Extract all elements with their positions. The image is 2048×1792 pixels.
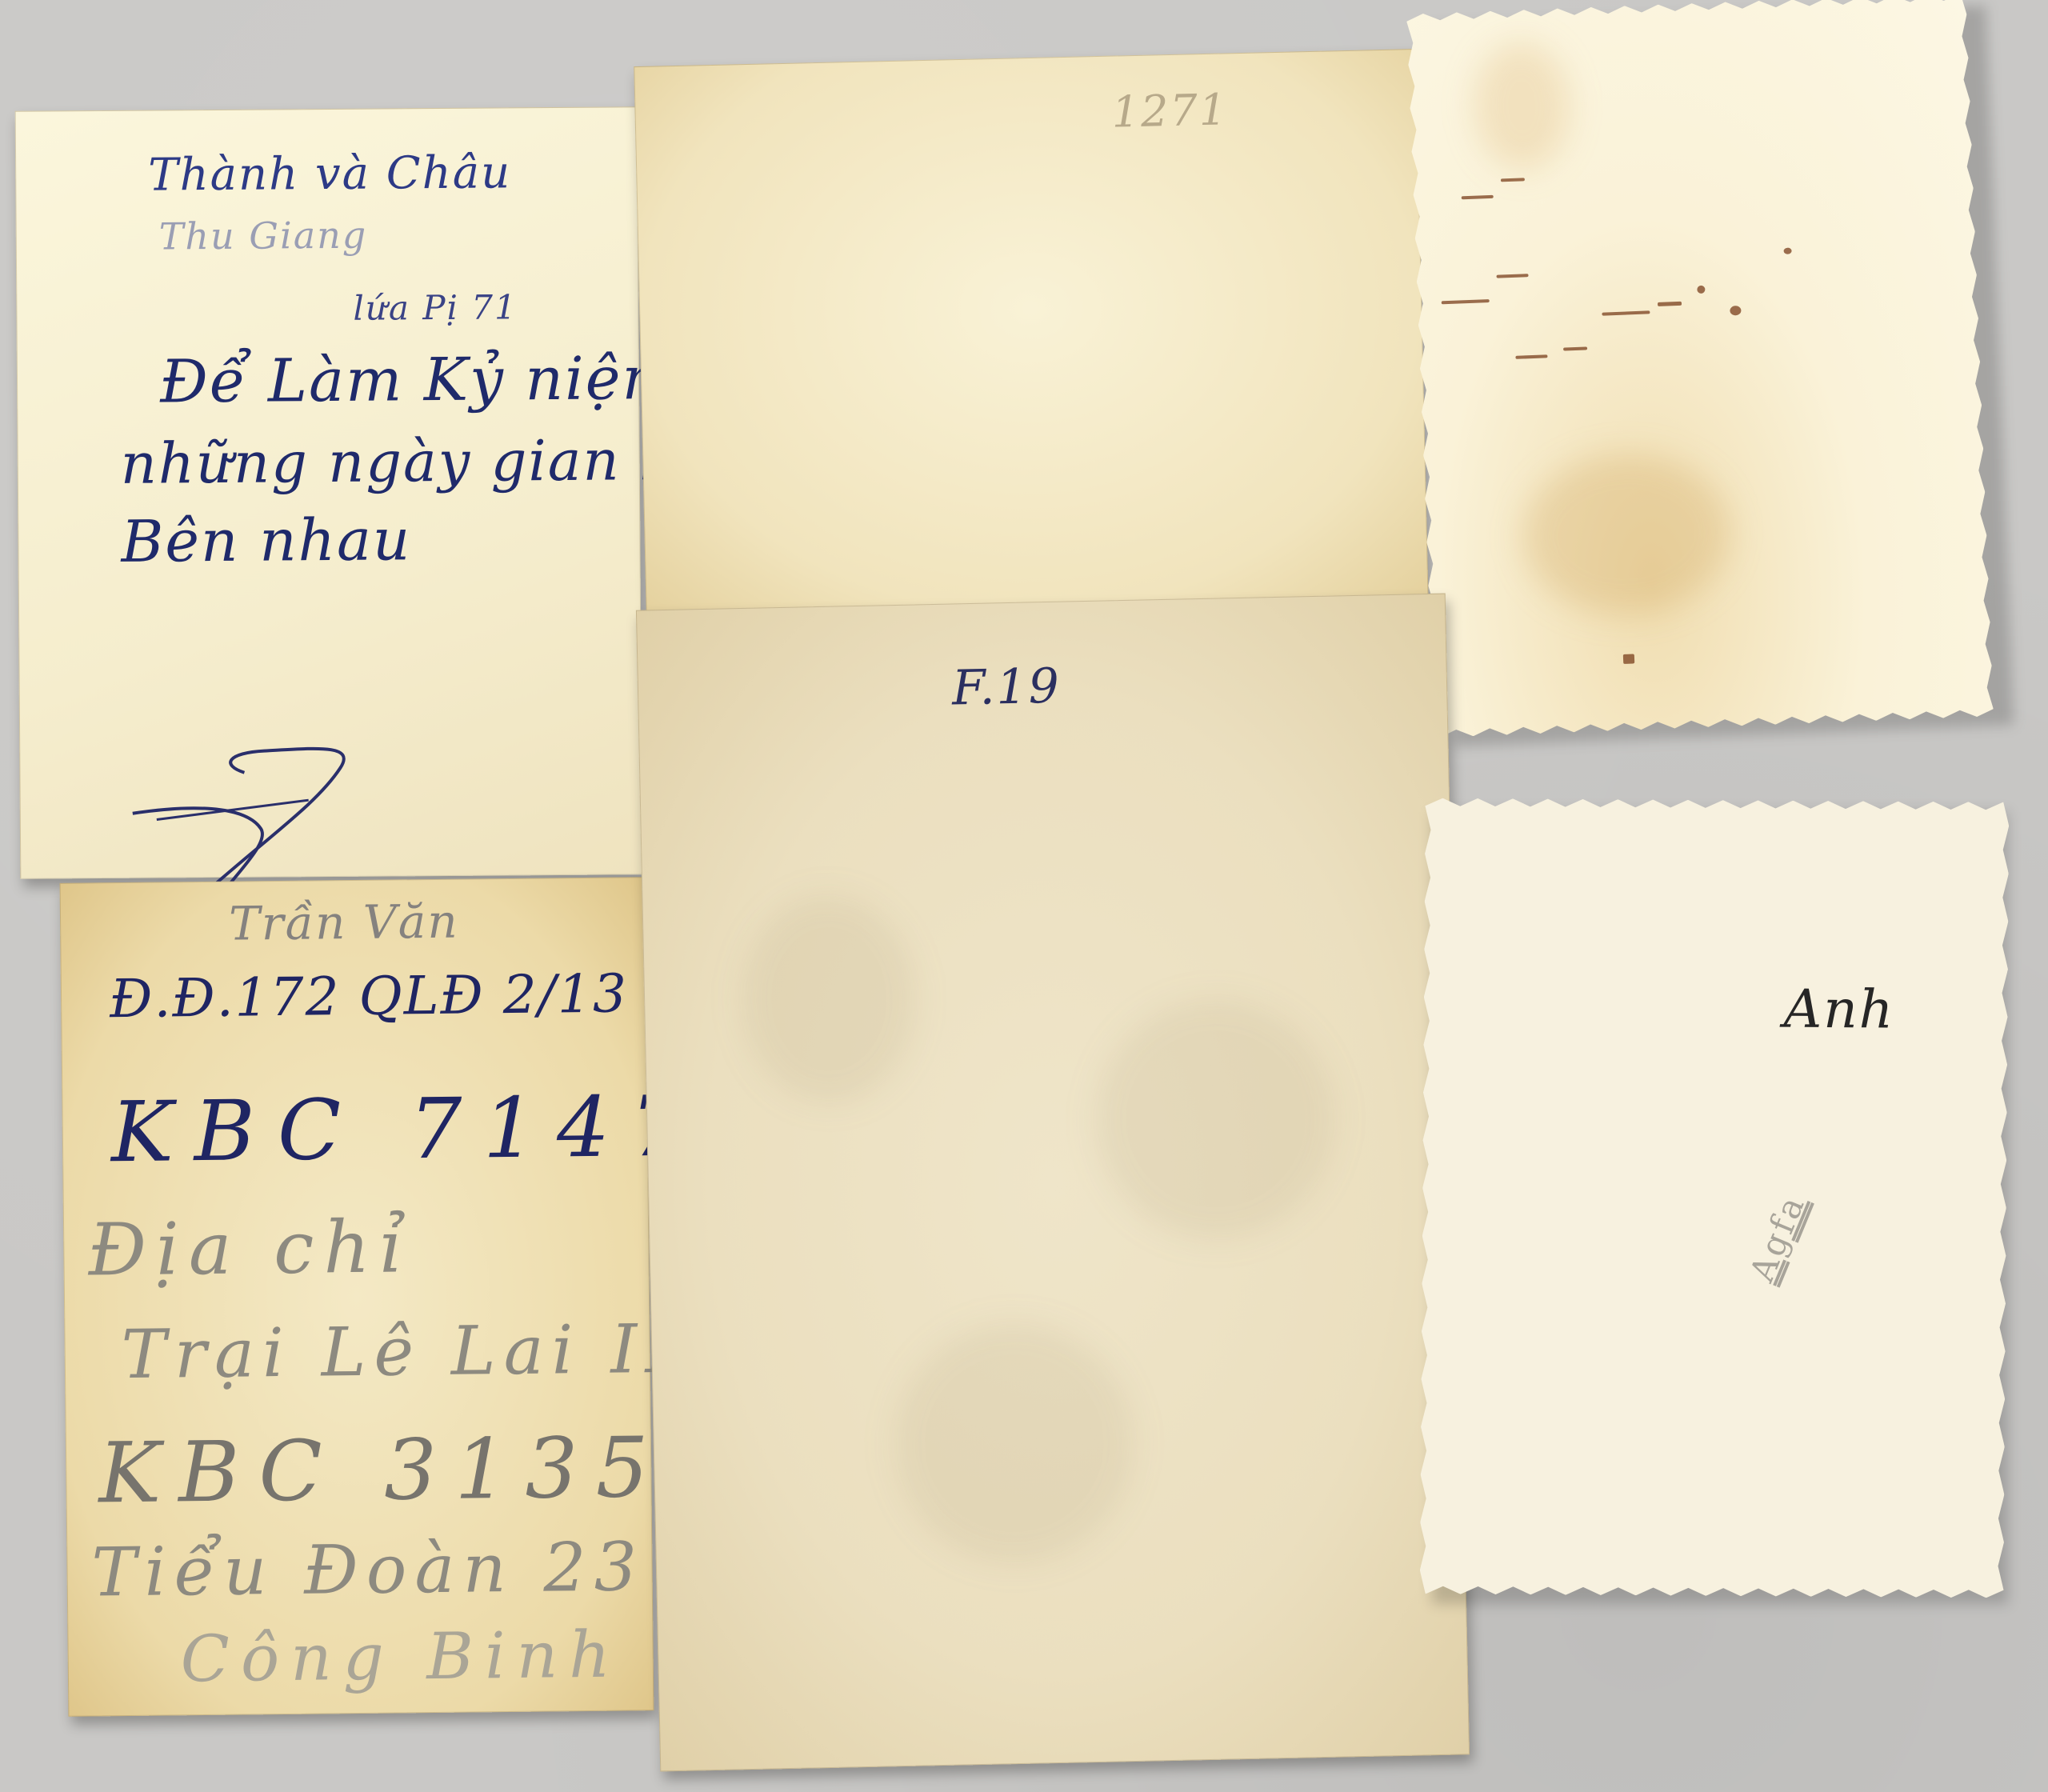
inscription-line: Để Làm Kỷ niệm [160,344,680,417]
foxing-mark [1442,299,1490,304]
inscription-line: Trần Văn [229,894,459,951]
inscription-line: Địa chỉ [88,1205,413,1292]
inscription-line: Thu Giang [159,214,368,258]
photo-back-top-center: 1271 [634,49,1429,623]
inscription-line: Bên nhau [121,506,411,575]
foxing-mark [1462,195,1494,200]
inscription-line: 1271 [1111,84,1229,137]
photo-back-top-right [1406,0,1994,738]
foxing-mark [1515,354,1547,359]
photo-back-bottom-right: Anh Agfa [1420,798,2010,1598]
foxing-mark [1658,302,1682,306]
photo-back-top-left: Thành và Châu Thu Giang lứa Pị 71 Để Làm… [15,106,643,878]
foxing-mark [1783,247,1791,254]
inscription-line: lứa Pị 71 [353,287,518,327]
inscription-line: Công Binh [180,1618,622,1697]
photo-back-bottom-center: F.19 [636,594,1470,1772]
foxing-mark [1563,346,1587,350]
foxing-mark [1697,286,1705,294]
inscription-line: F.19 [951,658,1061,717]
stain [1093,997,1338,1242]
inscription-line: Đ.Đ.172 QLĐ 2/13 [110,962,629,1030]
inscription-line: Thành và Châu [148,146,511,201]
inscription-line: Anh [1783,978,1894,1041]
stain [1519,450,1733,618]
foxing-mark [1602,310,1650,315]
stain [738,894,918,1106]
agfa-stamp: Agfa [1742,1188,1813,1287]
signature-icon [124,724,381,886]
inscription-line: Tiểu Đoàn 23 [91,1527,646,1611]
foxing-mark [1623,654,1634,664]
foxing-mark [1730,306,1741,316]
stain [892,1321,1137,1566]
inscription-line: KBC 3135 [98,1418,667,1522]
inscription-line: Trại Lê Lai II [121,1310,680,1394]
foxing-mark [1496,274,1528,278]
foxing-mark [1501,178,1525,182]
stain [1471,40,1572,171]
photo-back-bottom-left: Trần Văn Đ.Đ.172 QLĐ 2/13 KBC 71470 Địa … [60,877,654,1717]
